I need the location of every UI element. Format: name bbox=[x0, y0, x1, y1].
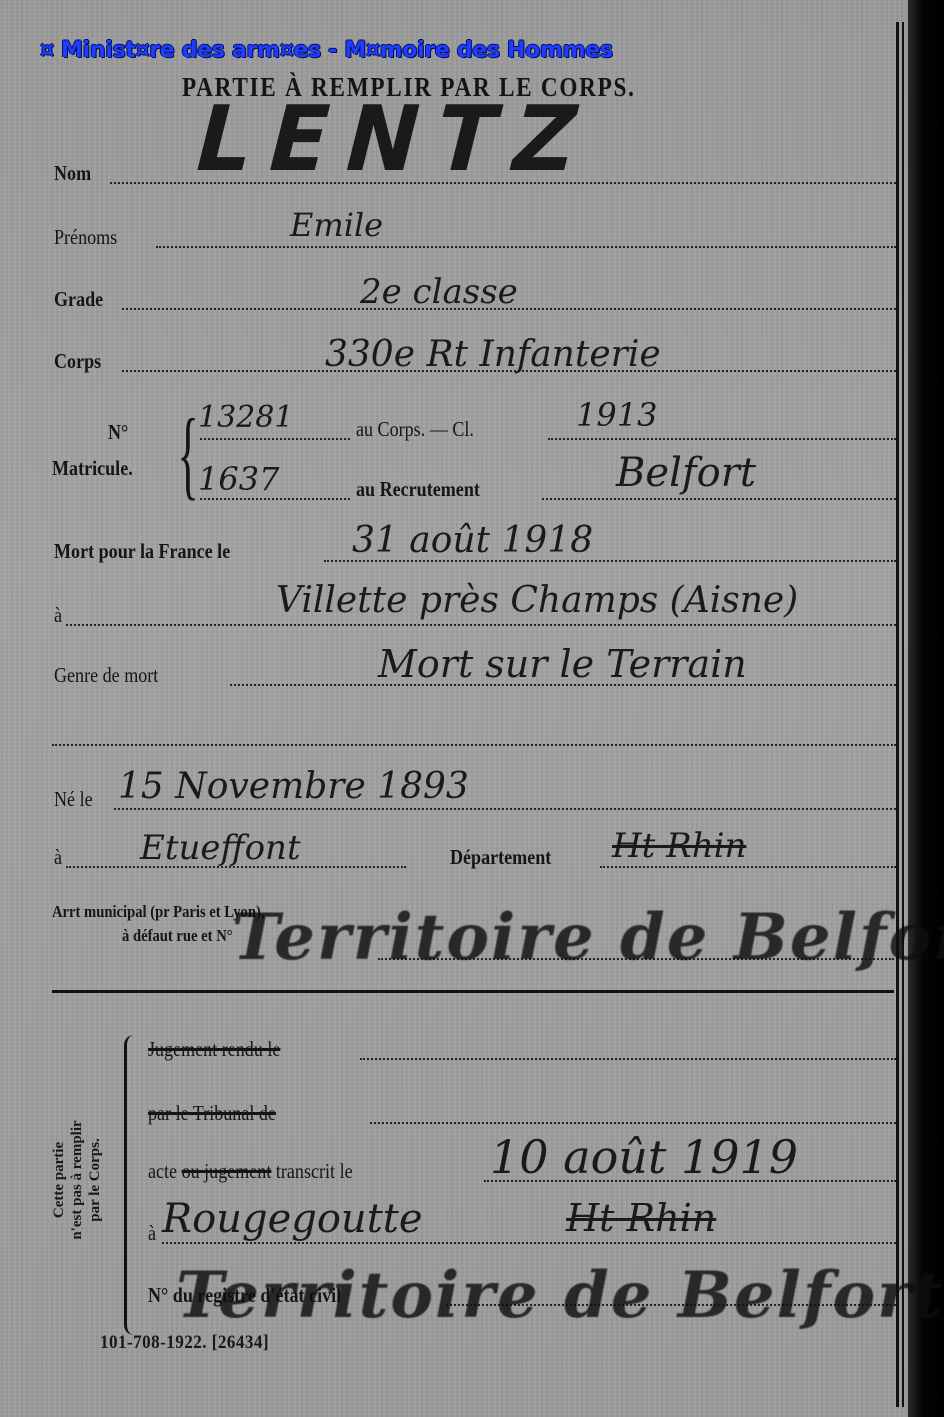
field-label: à bbox=[54, 845, 62, 870]
departement-stamp: Territoire de Belfort bbox=[232, 900, 944, 975]
field-tribunal: par le Tribunal de bbox=[148, 1090, 896, 1130]
au-corps-label: au Corps. — Cl. bbox=[356, 417, 474, 442]
margin-line bbox=[902, 22, 904, 1407]
field-label: à bbox=[54, 603, 62, 628]
arr-municipal-label-2: à défaut rue et N° bbox=[122, 926, 233, 946]
jugement-rendu-label: Jugement rendu le bbox=[148, 1037, 280, 1062]
dotted-line bbox=[600, 866, 896, 868]
side-note-line: par le Corps. bbox=[86, 1120, 104, 1239]
registre-stamp: Territoire de Belfort bbox=[176, 1258, 944, 1333]
field-label: Nom bbox=[54, 161, 91, 186]
ne-a-value: Etueffont bbox=[140, 828, 301, 868]
departement-struck-value: Ht Rhin bbox=[612, 826, 746, 866]
acte-word: acte bbox=[148, 1159, 177, 1183]
dotted-line bbox=[370, 1122, 896, 1124]
section-divider bbox=[52, 990, 894, 993]
field-label: à bbox=[148, 1221, 156, 1246]
dotted-line bbox=[200, 498, 350, 500]
dotted-line bbox=[66, 624, 896, 626]
jugement-struck: ou jugement bbox=[182, 1159, 272, 1183]
scan-border bbox=[908, 0, 944, 1417]
acte-label: acte ou jugement transcrit le bbox=[148, 1159, 353, 1184]
dotted-line bbox=[162, 1242, 896, 1244]
dotted-line bbox=[200, 438, 350, 440]
field-label: Prénoms bbox=[54, 225, 117, 250]
field-label: Grade bbox=[54, 287, 103, 312]
ne-le-value: 15 Novembre 1893 bbox=[118, 766, 469, 807]
dotted-line bbox=[114, 808, 896, 810]
field-label: Mort pour la France le bbox=[54, 539, 230, 564]
transcrit-a-struck: Ht Rhin bbox=[566, 1196, 716, 1240]
field-matricule-corps: au Corps. — Cl. bbox=[196, 406, 896, 446]
recrutement-label: au Recrutement bbox=[356, 477, 480, 502]
transcrit-a-value: Rougegoutte bbox=[162, 1196, 423, 1242]
matricule-label-no: N° bbox=[108, 420, 128, 445]
field-label: Corps bbox=[54, 349, 101, 374]
section-brace bbox=[124, 1035, 137, 1335]
dotted-line bbox=[542, 498, 896, 500]
acte-transcrit-value: 10 août 1919 bbox=[490, 1130, 798, 1184]
matricule-label: Matricule. bbox=[52, 456, 133, 481]
footer-code: 101-708-1922. [26434] bbox=[100, 1332, 269, 1354]
field-prenoms: Prénoms bbox=[52, 214, 896, 254]
dotted-line bbox=[548, 438, 896, 440]
dotted-line bbox=[156, 246, 896, 248]
mort-le-value: 31 août 1918 bbox=[352, 520, 593, 561]
recrutement-value: 1637 bbox=[198, 460, 279, 498]
corps-value: 330e Rt Infanterie bbox=[325, 334, 661, 375]
field-matricule-recrutement: au Recrutement bbox=[196, 466, 896, 506]
prenoms-value: Emile bbox=[290, 206, 383, 244]
grade-value: 2e classe bbox=[360, 272, 518, 312]
watermark: ¤ Minist¤re des arm¤es - M¤moire des Hom… bbox=[40, 38, 613, 63]
departement-label: Département bbox=[450, 845, 551, 870]
blank-line bbox=[52, 712, 896, 752]
margin-line bbox=[896, 22, 899, 1407]
mort-a-value: Villette près Champs (Aisne) bbox=[276, 580, 798, 621]
side-note-line: n'est pas à remplir bbox=[68, 1120, 86, 1239]
form-code: 101-708-1922. bbox=[100, 1332, 207, 1353]
au-corps-value: 13281 bbox=[198, 400, 293, 435]
dotted-line bbox=[52, 744, 896, 746]
field-label: Genre de mort bbox=[54, 663, 158, 688]
field-label: Né le bbox=[54, 787, 93, 812]
form-ref: [26434] bbox=[212, 1332, 269, 1353]
classe-value: 1913 bbox=[576, 396, 657, 434]
genre-de-mort-value: Mort sur le Terrain bbox=[378, 642, 747, 686]
transcrit-word: transcrit le bbox=[276, 1159, 353, 1183]
field-jugement-rendu: Jugement rendu le bbox=[148, 1026, 896, 1066]
nom-value: LENTZ bbox=[184, 87, 607, 192]
dotted-line bbox=[360, 1058, 896, 1060]
side-note: Cette partie n'est pas à remplir par le … bbox=[22, 1090, 132, 1270]
recrutement-place: Belfort bbox=[616, 450, 756, 496]
tribunal-label: par le Tribunal de bbox=[148, 1101, 276, 1126]
side-note-line: Cette partie bbox=[50, 1120, 68, 1239]
